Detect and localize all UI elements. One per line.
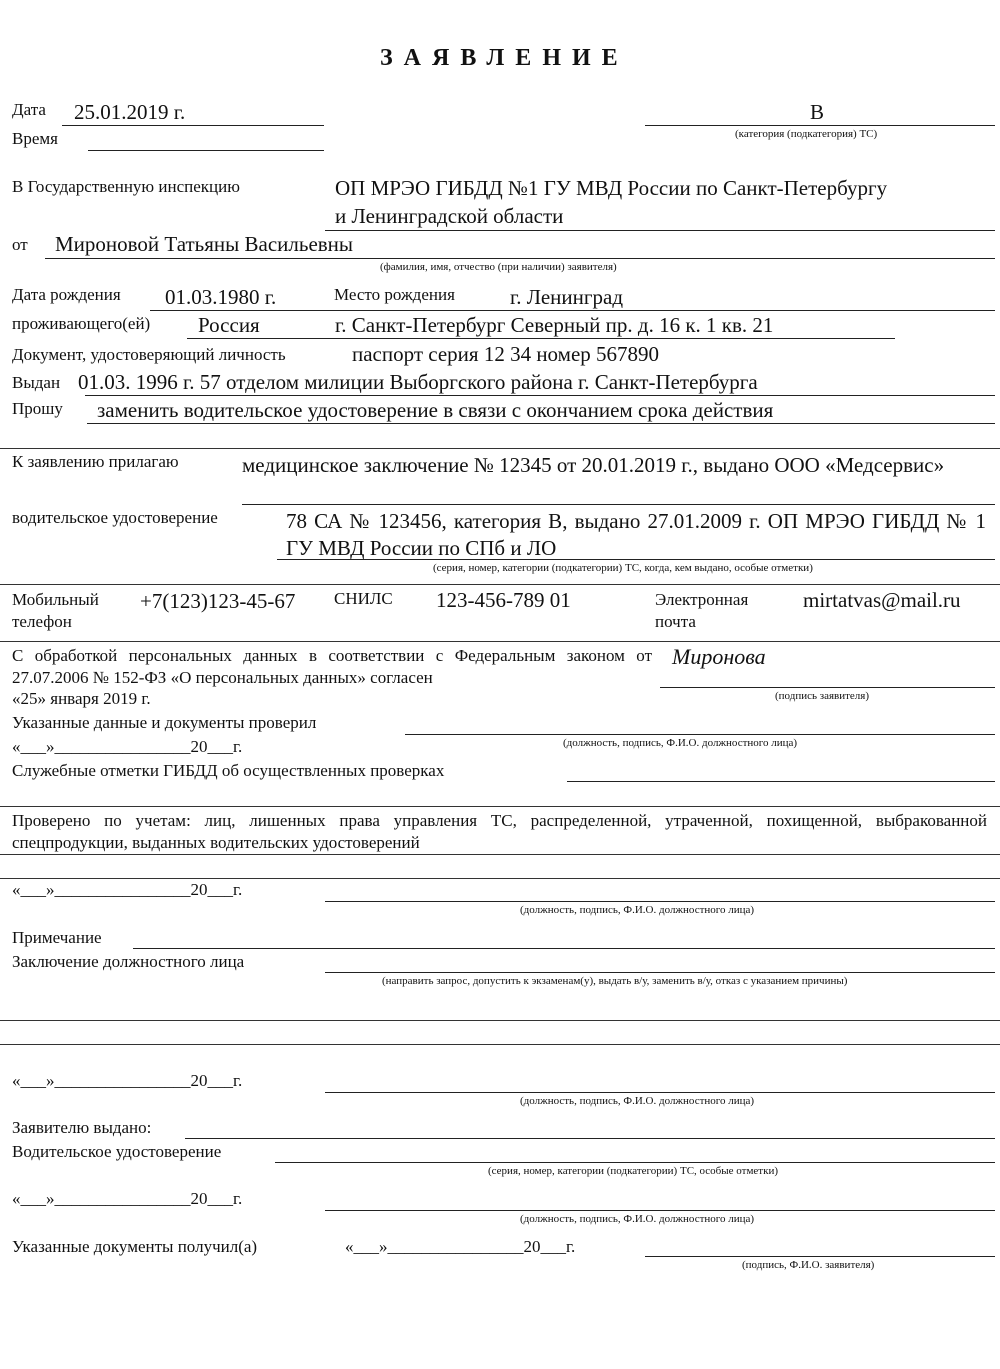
id-doc-field[interactable]: паспорт серия 12 34 номер 567890 xyxy=(352,342,659,367)
page-title: ЗАЯВЛЕНИЕ xyxy=(380,45,629,72)
issued-to-field[interactable] xyxy=(185,1138,995,1139)
consent-date: «25» января 2019 г. xyxy=(12,689,151,709)
category-field[interactable]: В xyxy=(810,100,824,125)
received-hint: (подпись, Ф.И.О. заявителя) xyxy=(742,1259,874,1271)
checked-official-field[interactable] xyxy=(405,734,995,735)
birth-date-label: Дата рождения xyxy=(12,285,121,305)
email-field[interactable]: mirtatvas@mail.ru xyxy=(803,588,961,613)
marks-label: Служебные отметки ГИБДД об осуществленны… xyxy=(12,761,444,781)
category-hint: (категория (подкатегория) ТС) xyxy=(735,128,877,140)
from-label: от xyxy=(12,235,28,255)
conclusion-date-field[interactable]: «___»________________20___г. xyxy=(12,1071,242,1091)
records-date-field[interactable]: «___»________________20___г. xyxy=(12,880,242,900)
license-label: водительское удостоверение xyxy=(12,508,218,528)
request-field[interactable]: заменить водительское удостоверение в св… xyxy=(97,398,773,423)
residence-label: проживающего(ей) xyxy=(12,314,150,334)
birth-place-label: Место рождения xyxy=(334,285,455,305)
issued-official-hint: (должность, подпись, Ф.И.О. должностного… xyxy=(520,1213,754,1225)
issued-field[interactable]: 01.03. 1996 г. 57 отделом милиции Выборг… xyxy=(78,370,758,395)
attachments-label: К заявлению прилагаю xyxy=(12,452,179,472)
received-date-field[interactable]: «___»________________20___г. xyxy=(345,1237,575,1257)
checked-official-hint: (должность, подпись, Ф.И.О. должностного… xyxy=(563,737,797,749)
conclusion-hint: (направить запрос, допустить к экзаменам… xyxy=(382,975,847,987)
phone-label: Мобильный телефон xyxy=(12,589,117,633)
received-signature-field[interactable] xyxy=(645,1256,995,1257)
applicant-name-field[interactable]: Мироновой Татьяны Васильевны xyxy=(55,232,353,257)
id-doc-label: Документ, удостоверяющий личность xyxy=(12,345,286,365)
consent-text: С обработкой персональных данных в соотв… xyxy=(12,645,652,689)
conclusion-official-field[interactable] xyxy=(325,1092,995,1093)
issued-date-field[interactable]: «___»________________20___г. xyxy=(12,1189,242,1209)
snils-label: СНИЛС xyxy=(334,589,393,609)
recipient-line1[interactable]: ОП МРЭО ГИБДД №1 ГУ МВД России по Санкт-… xyxy=(335,176,887,201)
date-field[interactable]: 25.01.2019 г. xyxy=(74,100,185,125)
records-official-hint: (должность, подпись, Ф.И.О. должностного… xyxy=(520,904,754,916)
time-field[interactable] xyxy=(88,150,324,151)
country-field[interactable]: Россия xyxy=(198,313,260,338)
applicant-name-hint: (фамилия, имя, отчество (при наличии) за… xyxy=(380,261,617,273)
date-label: Дата xyxy=(12,100,46,120)
issued-label: Выдан xyxy=(12,373,60,393)
note-label: Примечание xyxy=(12,928,102,948)
conclusion-label: Заключение должностного лица xyxy=(12,952,244,972)
phone-field[interactable]: +7(123)123-45-67 xyxy=(140,588,305,615)
issued-license-label: Водительское удостоверение xyxy=(12,1142,221,1162)
recipient-line2[interactable]: и Ленинградской области xyxy=(335,204,563,229)
email-label: Электронная почта xyxy=(655,589,775,633)
issued-license-hint: (серия, номер, категории (подкатегории) … xyxy=(488,1165,778,1177)
applicant-signature[interactable]: Миронова xyxy=(672,644,766,670)
recipient-label: В Государственную инспекцию xyxy=(12,177,240,197)
issued-official-field[interactable] xyxy=(325,1210,995,1211)
checked-date-field[interactable]: «___»________________20___г. xyxy=(12,737,242,757)
snils-field[interactable]: 123-456-789 01 xyxy=(436,588,571,613)
license-hint: (серия, номер, категории (подкатегории) … xyxy=(433,562,813,574)
address-field[interactable]: г. Санкт-Петербург Северный пр. д. 16 к.… xyxy=(335,313,773,338)
license-field[interactable]: 78 СА № 123456, категория В, выдано 27.0… xyxy=(286,508,986,562)
checked-label: Указанные данные и документы проверил xyxy=(12,713,316,733)
issued-license-field[interactable] xyxy=(275,1162,995,1163)
issued-to-label: Заявителю выдано: xyxy=(12,1118,151,1138)
signature-hint: (подпись заявителя) xyxy=(775,690,869,702)
birth-place-field[interactable]: г. Ленинград xyxy=(510,285,623,310)
conclusion-official-hint: (должность, подпись, Ф.И.О. должностного… xyxy=(520,1095,754,1107)
attachments-field[interactable]: медицинское заключение № 12345 от 20.01.… xyxy=(242,452,987,479)
birth-date-field[interactable]: 01.03.1980 г. xyxy=(165,285,276,310)
conclusion-field[interactable] xyxy=(325,972,995,973)
records-official-field[interactable] xyxy=(325,901,995,902)
note-field[interactable] xyxy=(133,948,995,949)
marks-field[interactable] xyxy=(567,781,995,782)
received-label: Указанные документы получил(а) xyxy=(12,1237,257,1257)
checked-records-text: Проверено по учетам: лиц, лишенных права… xyxy=(12,810,987,854)
request-label: Прошу xyxy=(12,399,63,419)
time-label: Время xyxy=(12,129,58,149)
